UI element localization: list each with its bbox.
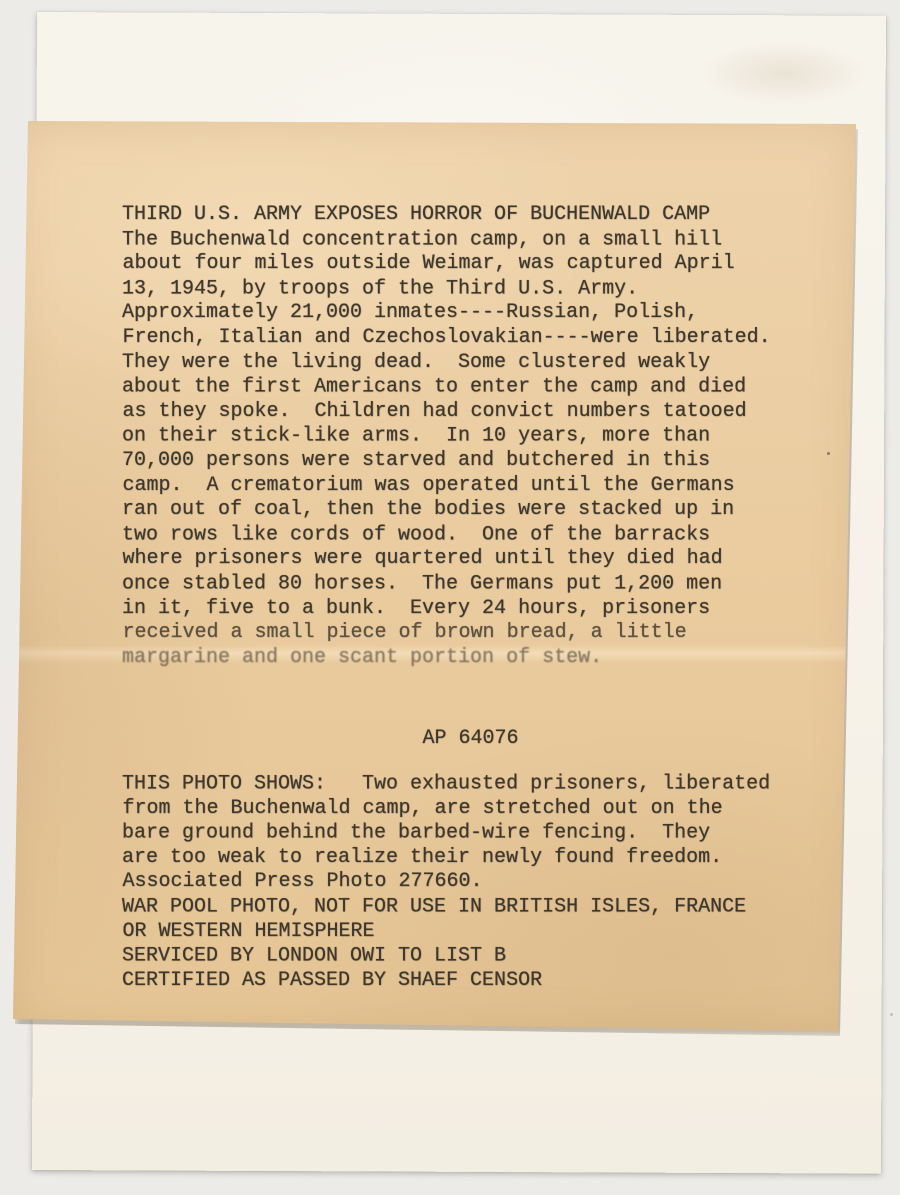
caption-line: received a small piece of brown bread, a…	[123, 621, 771, 646]
caption-line: CERTIFIED AS PASSED BY SHAEF CENSOR	[122, 969, 770, 994]
caption-line: WAR POOL PHOTO, NOT FOR USE IN BRITISH I…	[122, 895, 770, 920]
caption-line: The Buchenwald concentration camp, on a …	[122, 228, 770, 253]
caption-line: Approximately 21,000 inmates----Russian,…	[122, 301, 770, 326]
caption-line: about the first Americans to enter the c…	[122, 376, 770, 401]
caption-headline: THIRD U.S. ARMY EXPOSES HORROR OF BUCHEN…	[122, 203, 770, 228]
photo-description-block: THIS PHOTO SHOWS: Two exhausted prisoner…	[122, 772, 770, 993]
caption-sheet: THIRD U.S. ARMY EXPOSES HORROR OF BUCHEN…	[13, 121, 856, 1031]
dust-speck	[890, 1013, 893, 1016]
caption-line: THIS PHOTO SHOWS: Two exhausted prisoner…	[122, 772, 770, 797]
caption-line: in it, five to a bunk. Every 24 hours, p…	[122, 597, 770, 622]
caption-line: bare ground behind the barbed-wire fenci…	[122, 822, 770, 847]
agency-number: AP 64076	[423, 727, 519, 752]
caption-body-lines: The Buchenwald concentration camp, on a …	[122, 228, 770, 671]
caption-line: margarine and one scant portion of stew.	[122, 646, 770, 671]
caption-line: are too weak to realize their newly foun…	[122, 846, 770, 871]
caption-line: camp. A crematorium was operated until t…	[123, 474, 771, 499]
caption-line: OR WESTERN HEMISPHERE	[123, 920, 771, 945]
caption-body: THIRD U.S. ARMY EXPOSES HORROR OF BUCHEN…	[122, 203, 770, 670]
caption-line: They were the living dead. Some clustere…	[122, 351, 770, 376]
distribution-lines: WAR POOL PHOTO, NOT FOR USE IN BRITISH I…	[122, 895, 770, 993]
caption-line: on their stick-like arms. In 10 years, m…	[122, 425, 770, 450]
caption-line: French, Italian and Czechoslovakian----w…	[123, 326, 771, 351]
caption-line: as they spoke. Children had convict numb…	[123, 400, 771, 425]
caption-line: two rows like cords of wood. One of the …	[122, 523, 770, 548]
caption-line: 13, 1945, by troops of the Third U.S. Ar…	[122, 277, 770, 302]
caption-line: about four miles outside Weimar, was cap…	[123, 252, 771, 277]
caption-line: SERVICED BY LONDON OWI TO LIST B	[122, 945, 770, 970]
photo-description-lines: THIS PHOTO SHOWS: Two exhausted prisoner…	[122, 772, 770, 895]
caption-line: 70,000 persons were starved and butchere…	[122, 449, 770, 474]
caption-line: ran out of coal, then the bodies were st…	[122, 498, 770, 523]
photograph-of-press-caption: THIRD U.S. ARMY EXPOSES HORROR OF BUCHEN…	[0, 0, 900, 1195]
ink-speck	[827, 452, 830, 455]
caption-line: where prisoners were quartered until the…	[123, 547, 771, 572]
caption-line: Associated Press Photo 277660.	[123, 870, 771, 895]
caption-line: once stabled 80 horses. The Germans put …	[122, 572, 770, 597]
caption-line: from the Buchenwald camp, are stretched …	[123, 797, 771, 822]
